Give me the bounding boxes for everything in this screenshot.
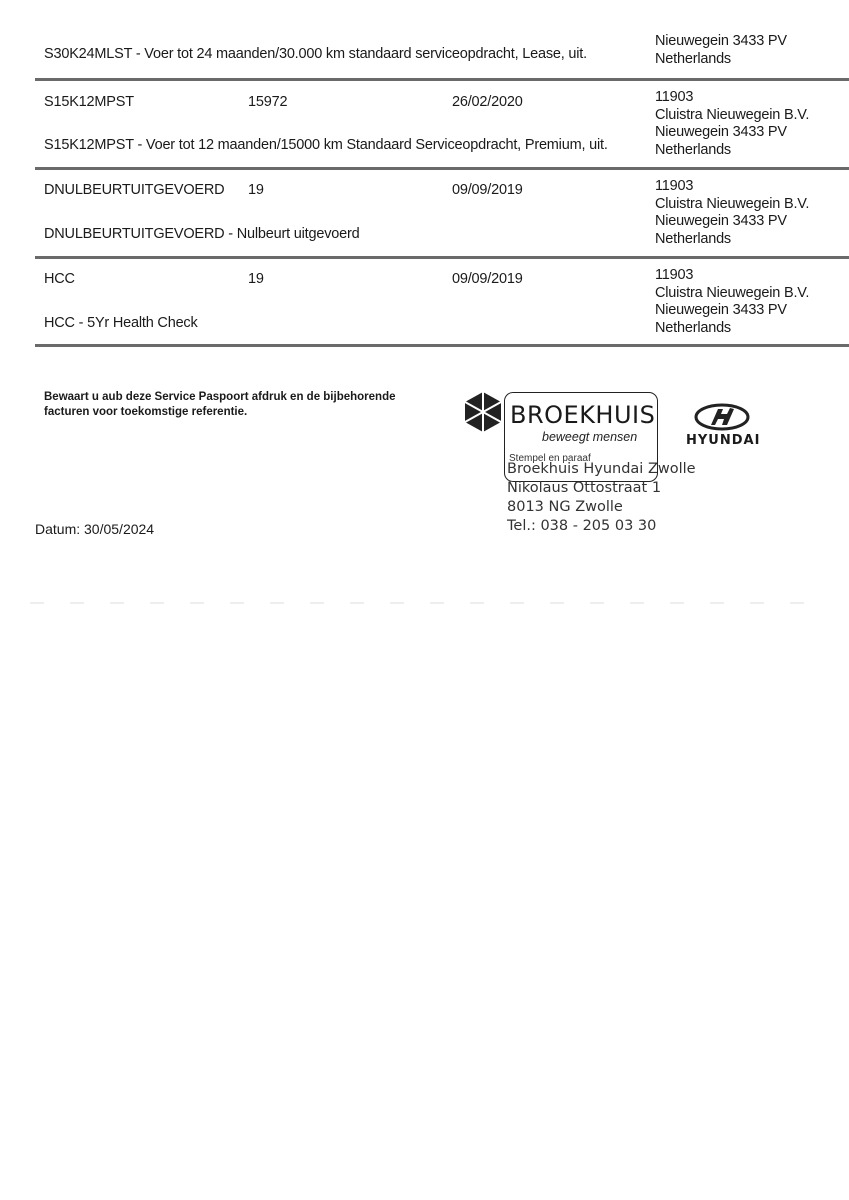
retention-note: Bewaart u aub deze Service Paspoort afdr…: [44, 390, 434, 420]
row-divider: [35, 78, 849, 81]
record-description: S30K24MLST - Voer tot 24 maanden/30.000 …: [44, 46, 587, 62]
dealer-country: Netherlands: [655, 320, 809, 338]
record-mileage: 15972: [248, 94, 287, 110]
dealer-city: Nieuwegein 3433 PV: [655, 213, 809, 231]
dealer-city: Nieuwegein 3433 PV: [655, 302, 809, 320]
broekhuis-tagline: beweegt mensen: [542, 430, 637, 444]
dealer-address: Nieuwegein 3433 PV Netherlands: [655, 33, 787, 68]
record-mileage: 19: [248, 271, 264, 287]
dealer-address: 11903 Cluistra Nieuwegein B.V. Nieuwegei…: [655, 89, 809, 159]
record-description: S15K12MPST - Voer tot 12 maanden/15000 k…: [44, 137, 608, 153]
stamp-city: 8013 NG Zwolle: [507, 498, 696, 517]
record-code: DNULBEURTUITGEVOERD: [44, 182, 224, 198]
row-divider: [35, 344, 849, 347]
dealer-name: Cluistra Nieuwegein B.V.: [655, 285, 809, 303]
note-line-1: Bewaart u aub deze Service Paspoort afdr…: [44, 390, 434, 405]
dealer-country: Netherlands: [655, 51, 787, 69]
stamp-dealer-name: Broekhuis Hyundai Zwolle: [507, 460, 696, 479]
print-date: Datum: 30/05/2024: [35, 521, 154, 537]
record-code: S15K12MPST: [44, 94, 134, 110]
record-description: HCC - 5Yr Health Check: [44, 315, 198, 331]
hyundai-logo-icon: [694, 403, 750, 431]
broekhuis-hexagon-logo-icon: [463, 391, 503, 433]
record-date: 26/02/2020: [452, 94, 523, 110]
record-date: 09/09/2019: [452, 182, 523, 198]
stamp-street: Nikolaus Ottostraat 1: [507, 479, 696, 498]
row-divider: [35, 167, 849, 170]
dealer-address: 11903 Cluistra Nieuwegein B.V. Nieuwegei…: [655, 267, 809, 337]
note-line-2: facturen voor toekomstige referentie.: [44, 405, 434, 420]
record-description: DNULBEURTUITGEVOERD - Nulbeurt uitgevoer…: [44, 226, 359, 242]
scan-artifact: [30, 602, 810, 604]
dealer-name: Cluistra Nieuwegein B.V.: [655, 107, 809, 125]
dealer-address: 11903 Cluistra Nieuwegein B.V. Nieuwegei…: [655, 178, 809, 248]
dealer-country: Netherlands: [655, 231, 809, 249]
broekhuis-brand: BROEKHUIS: [510, 401, 655, 429]
row-divider: [35, 256, 849, 259]
record-mileage: 19: [248, 182, 264, 198]
dealer-city: Nieuwegein 3433 PV: [655, 33, 787, 51]
dealer-country: Netherlands: [655, 142, 809, 160]
stamp-phone: Tel.: 038 - 205 03 30: [507, 517, 696, 536]
dealer-number: 11903: [655, 178, 809, 196]
hyundai-wordmark: HYUNDAI: [686, 433, 760, 448]
dealer-number: 11903: [655, 89, 809, 107]
dealer-number: 11903: [655, 267, 809, 285]
dealer-city: Nieuwegein 3433 PV: [655, 124, 809, 142]
record-date: 09/09/2019: [452, 271, 523, 287]
record-code: HCC: [44, 271, 75, 287]
stamp-dealer-address: Broekhuis Hyundai Zwolle Nikolaus Ottost…: [507, 460, 696, 536]
dealer-name: Cluistra Nieuwegein B.V.: [655, 196, 809, 214]
